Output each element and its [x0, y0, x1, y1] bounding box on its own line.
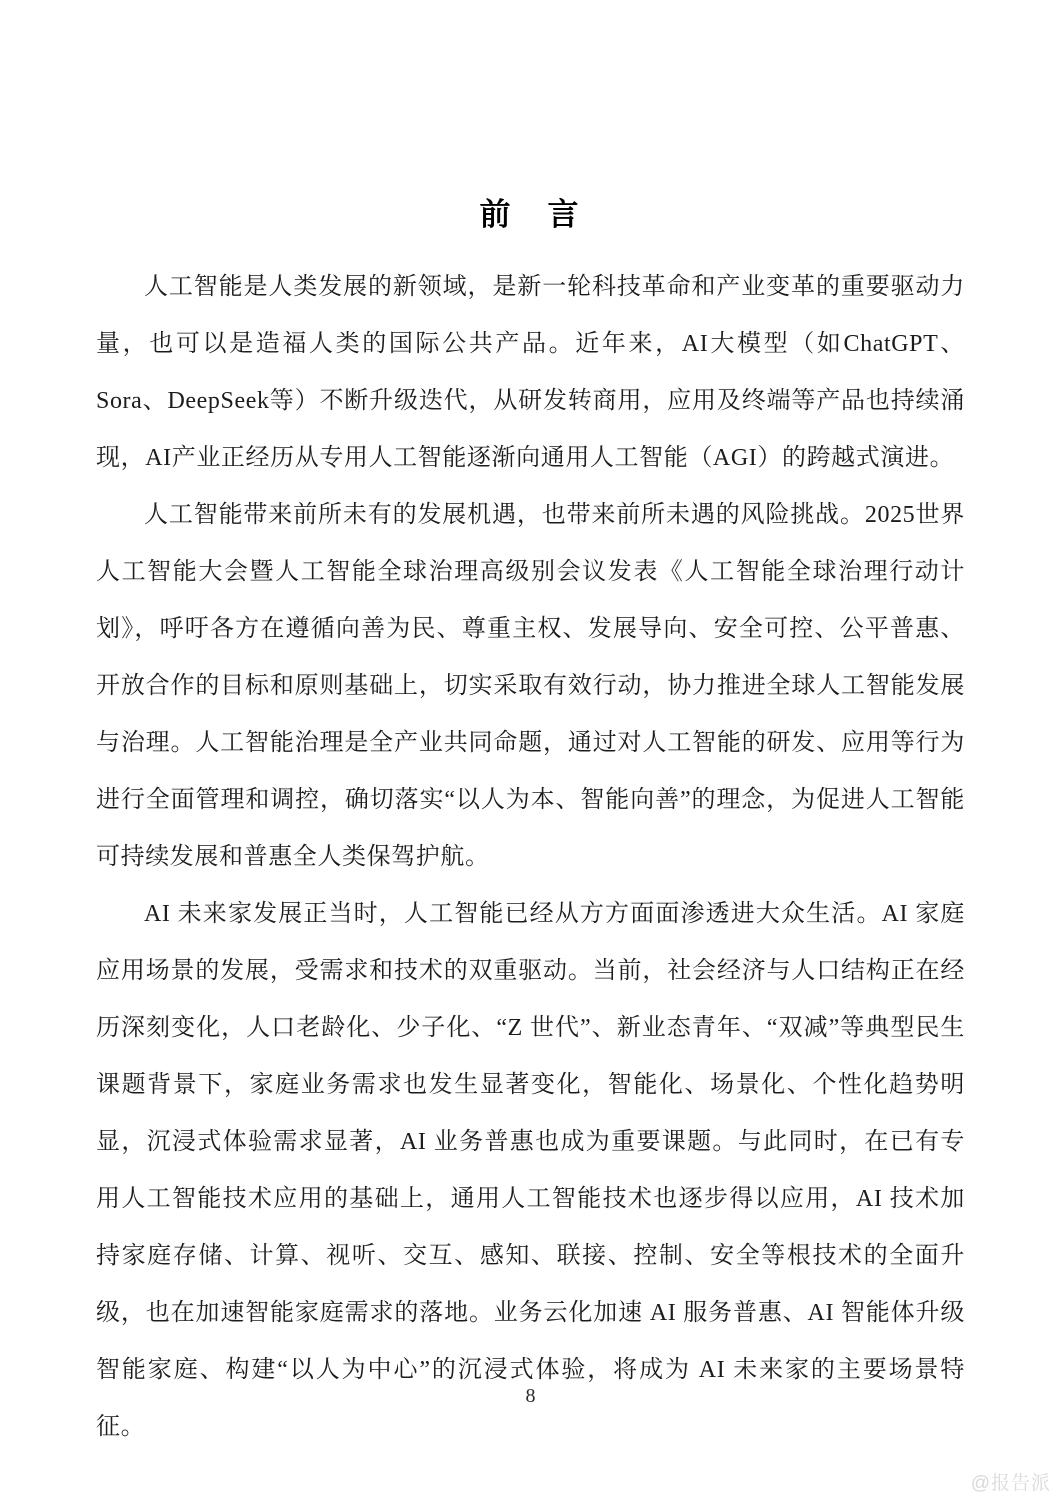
paragraph-intro: 人工智能是人类发展的新领域，是新一轮科技革命和产业变革的重要驱动力量，也可以是造… — [96, 259, 965, 487]
paragraph-ai-future-home: AI 未来家发展正当时，人工智能已经从方方面面渗透进大众生活。AI 家庭应用场景… — [96, 886, 965, 1456]
watermark: @报告派 — [971, 1468, 1051, 1495]
page-title: 前 言 — [0, 0, 1061, 237]
paragraph-governance: 人工智能带来前所未有的发展机遇，也带来前所未遇的风险挑战。2025世界人工智能大… — [96, 487, 965, 886]
page-number: 8 — [0, 1385, 1061, 1408]
document-body: 人工智能是人类发展的新领域，是新一轮科技革命和产业变革的重要驱动力量，也可以是造… — [0, 259, 1061, 1456]
document-page: 前 言 人工智能是人类发展的新领域，是新一轮科技革命和产业变革的重要驱动力量，也… — [0, 0, 1061, 1500]
